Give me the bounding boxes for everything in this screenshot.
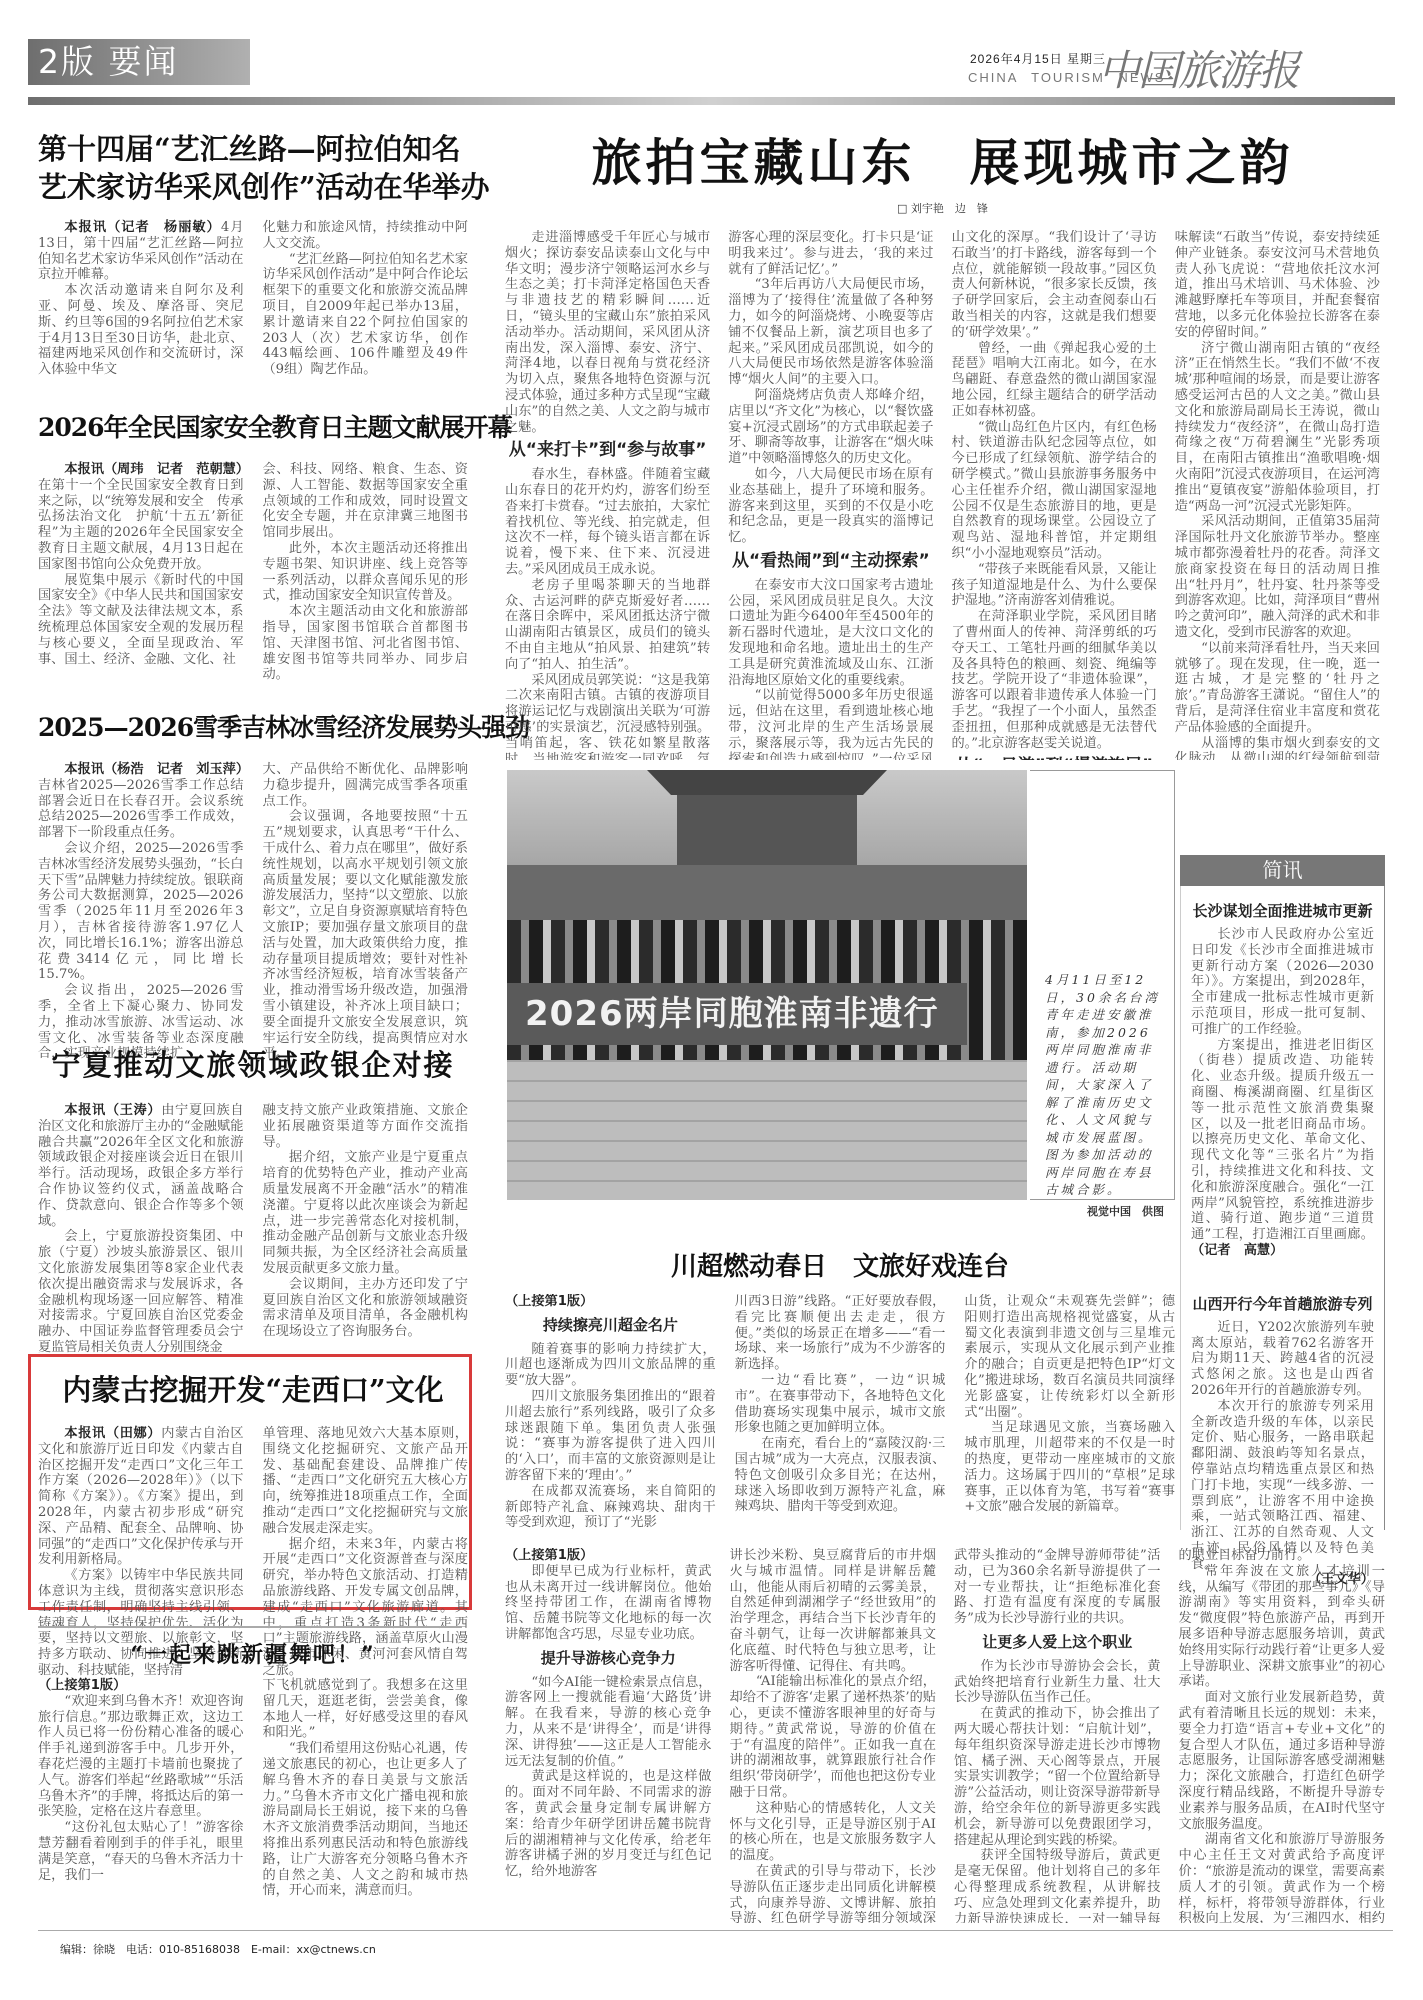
brief-title: 山西开行今年首趟旅游专列: [1191, 1293, 1374, 1314]
brief-title: 长沙谋划全面推进城市更新: [1191, 900, 1374, 921]
headline: 宁夏推动文旅领域政银企对接: [38, 1045, 468, 1085]
lead: 本报讯（杨浩 记者 刘玉萍）: [64, 762, 249, 777]
lead: 本报讯（王涛）: [64, 1103, 161, 1118]
article-body: 本报讯（周玮 记者 范朝慧）在第十一个全民国家安全教育日到来之际，以“统筹发展和…: [38, 462, 468, 683]
subheading: 从“来打卡”到“参与故事”: [505, 443, 710, 459]
lead: 本报讯（记者 杨丽敏）: [64, 220, 221, 235]
headline: 川超燃动春日 文旅好戏连台: [505, 1250, 1175, 1284]
article-body: 本报讯（杨浩 记者 刘玉萍）吉林省2025—2026雪季工作总结部署会近日在长春…: [38, 762, 468, 1062]
article-xinjiang: “一起来跳新疆舞吧！” （上接第1版） “欢迎来到乌鲁木齐！欢迎咨询旅行信息。”…: [38, 1640, 468, 1899]
editor-contact: 编辑：徐晓 电话：010-85168038 E-mail：xx@ctnews.c…: [60, 1941, 376, 1957]
headline: “一起来跳新疆舞吧！”: [38, 1640, 468, 1670]
photo-credit: 视觉中国 供图: [1045, 1203, 1164, 1221]
photo-caption: 4月11日至12日，30余名台湾青年走进安徽淮南，参加2026两岸同胞淮南非遗行…: [1030, 770, 1175, 1200]
photo-banner: 2026两岸同胞淮南非遗行: [507, 983, 967, 1045]
shandong-body: 走进淄博感受千年匠心与城市烟火；探访泰安品读泰山文化与中华文明；漫步济宁领略运河…: [505, 230, 1380, 760]
subheading: 让更多人爱上这个职业: [954, 1635, 1161, 1651]
news-photo: 2026两岸同胞淮南非遗行: [507, 770, 1027, 1200]
headline: 旅拍宝藏山东 展现城市之韵: [505, 130, 1380, 196]
section-badge: 2版 要闻: [28, 39, 250, 85]
article-body: （上接第1版） 持续擦亮川超金名片 随着赛事的影响力持续扩大，川超也逐渐成为四川…: [505, 1294, 1175, 1554]
continued-label: （上接第1版）: [505, 1294, 716, 1310]
continued-label: （上接第1版）: [505, 1548, 712, 1564]
article-body: （上接第1版） “欢迎来到乌鲁木齐！欢迎咨询旅行信息。”那边歌舞正欢，这边工作人…: [38, 1678, 468, 1899]
lead: 本报讯（田娜）: [64, 1426, 161, 1441]
continued-label: （上接第1版）: [38, 1678, 244, 1694]
article-silk-road: 第十四届“艺汇丝路—阿拉伯知名 艺术家访华采风创作”活动在华举办 本报讯（记者 …: [38, 130, 468, 378]
footer-rule: [38, 1930, 1393, 1931]
divider: [38, 1626, 462, 1628]
article-jilin-snow: 2025—2026雪季吉林冰雪经济发展势头强劲 本报讯（杨浩 记者 刘玉萍）吉林…: [38, 710, 468, 1062]
headline: 第十四届“艺汇丝路—阿拉伯知名 艺术家访华采风创作”活动在华举办: [38, 130, 468, 206]
headline: 内蒙古挖掘开发“走西口”文化: [38, 1370, 468, 1410]
briefs-box: 长沙谋划全面推进城市更新 长沙市人民政府办公室近日印发《长沙市全面推进城市更新行…: [1180, 886, 1385, 1530]
subheading: 持续擦亮川超金名片: [505, 1318, 716, 1334]
subheading: 提升导游核心竞争力: [505, 1651, 712, 1667]
subheading: 从“看热闹”到“主动探索”: [728, 554, 933, 570]
article-shandong: 旅拍宝藏山东 展现城市之韵 □ 刘宇艳 边 锋: [505, 130, 1380, 216]
article-body: 本报讯（记者 杨丽敏）4月13日，第十四届“艺汇丝路—阿拉伯知名艺术家访华采风创…: [38, 220, 468, 378]
byline: □ 刘宇艳 边 锋: [505, 200, 1380, 216]
article-ningxia: 宁夏推动文旅领域政银企对接 本报讯（王涛）由宁夏回族自治区文化和旅游厅主办的“金…: [38, 1045, 468, 1356]
newspaper-logo: 中国旅游报: [1098, 38, 1298, 98]
article-hunan-guide: （上接第1版） 即便早已成为行业标杆，黄武也从未离开过一线讲解岗位。他始终坚持带…: [505, 1548, 1385, 1923]
article-body: 本报讯（王涛）由宁夏回族自治区文化和旅游厅主办的“金融赋能 融合共赢”2026年…: [38, 1103, 468, 1356]
article-security-day: 2026年全民国家安全教育日主题文献展开幕 本报讯（周玮 记者 范朝慧）在第十一…: [38, 410, 468, 683]
headline: 2026年全民国家安全教育日主题文献展开幕: [38, 410, 468, 446]
subheading: 从“一日游”到“慢游旅居”: [952, 759, 1157, 760]
lead: 本报讯（周玮 记者 范朝慧）: [64, 462, 249, 477]
top-rule: [28, 97, 1395, 105]
issue-date: 2026年4月15日 星期三: [970, 50, 1106, 67]
briefs-header: 简讯: [1180, 855, 1385, 886]
article-sichuan: 川超燃动春日 文旅好戏连台 （上接第1版） 持续擦亮川超金名片 随着赛事的影响力…: [505, 1250, 1175, 1554]
article-inner-mongolia: 内蒙古挖掘开发“走西口”文化 本报讯（田娜）内蒙古自治区文化和旅游厅近日印发《内…: [38, 1370, 468, 1679]
headline: 2025—2026雪季吉林冰雪经济发展势头强劲: [38, 710, 468, 746]
